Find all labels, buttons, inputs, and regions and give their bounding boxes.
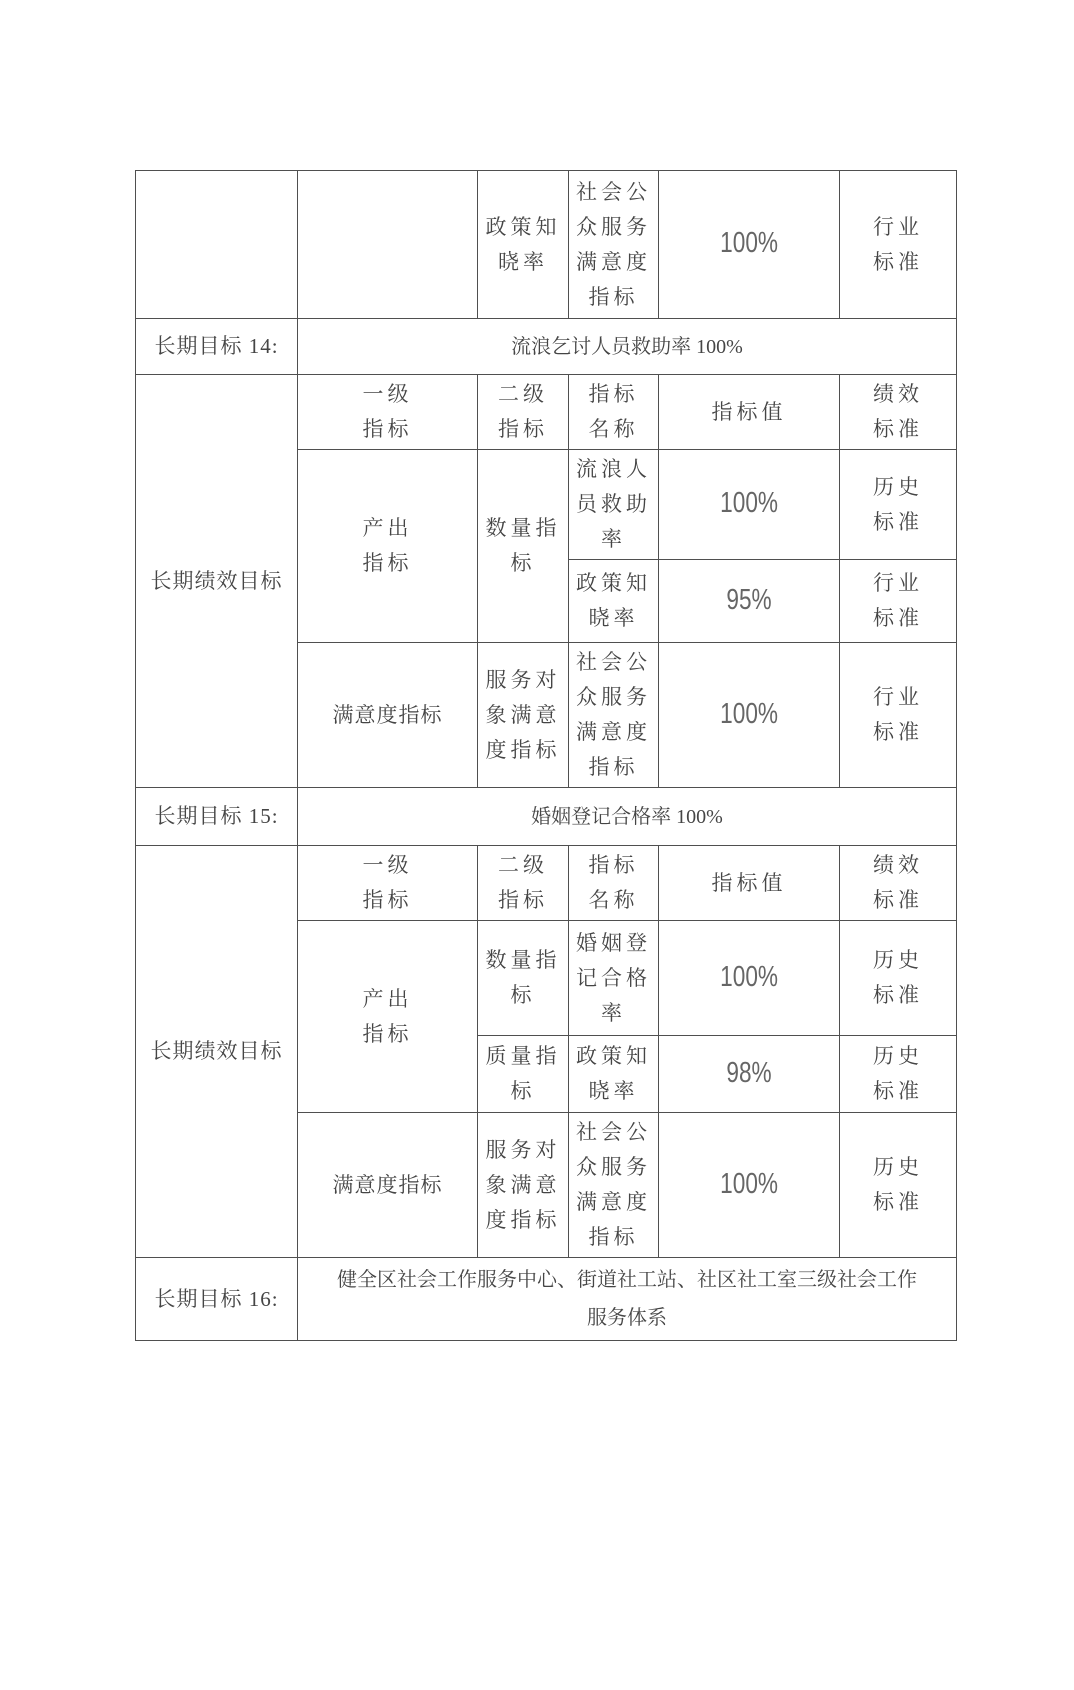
section-label-cell: 长期绩效目标 bbox=[136, 846, 298, 1258]
performance-indicators-table: 政策知 晓率 社会公 众服务 满意度 指标 100% 行业 标准 长期目标 14… bbox=[135, 170, 957, 1341]
primary-indicator-cell: 满意度指标 bbox=[298, 643, 478, 788]
goal-16-label-cell: 长期目标 16: bbox=[136, 1258, 298, 1341]
indicator-value-cell: 100% bbox=[659, 1113, 840, 1258]
performance-standard-cell: 历史 标准 bbox=[840, 921, 957, 1036]
goal-14-content-cell: 流浪乞讨人员救助率 100% bbox=[298, 319, 957, 375]
indicator-name-cell: 社会公 众服务 满意度 指标 bbox=[569, 1113, 659, 1258]
indicator-value: 100% bbox=[720, 486, 778, 521]
primary-indicator-cell: 满意度指标 bbox=[298, 1113, 478, 1258]
indicator-value-cell: 100% bbox=[659, 450, 840, 560]
goal-16-content-cell: 健全区社会工作服务中心、街道社工站、社区社工室三级社会工作 服务体系 bbox=[298, 1258, 957, 1341]
header-indicator-value: 指标值 bbox=[659, 375, 840, 450]
secondary-indicator-cell: 政策知 晓率 bbox=[478, 171, 569, 319]
secondary-indicator-cell: 质量指 标 bbox=[478, 1036, 569, 1113]
performance-standard-cell: 行业 标准 bbox=[840, 643, 957, 788]
indicator-name-cell: 社会公 众服务 满意度 指标 bbox=[569, 643, 659, 788]
secondary-indicator-cell: 服务对 象满意 度指标 bbox=[478, 643, 569, 788]
header-performance-standard: 绩效 标准 bbox=[840, 375, 957, 450]
indicator-value-cell: 98% bbox=[659, 1036, 840, 1113]
header-secondary-indicator: 二级 指标 bbox=[478, 846, 569, 921]
performance-standard-cell: 历史 标准 bbox=[840, 450, 957, 560]
secondary-indicator-cell: 服务对 象满意 度指标 bbox=[478, 1113, 569, 1258]
indicator-name-cell: 政策知 晓率 bbox=[569, 1036, 659, 1113]
header-indicator-name: 指标 名称 bbox=[569, 846, 659, 921]
performance-standard-cell: 历史 标准 bbox=[840, 1036, 957, 1113]
secondary-indicator-cell: 数量指 标 bbox=[478, 450, 569, 643]
indicator-name-cell: 流浪人 员救助 率 bbox=[569, 450, 659, 560]
primary-indicator-cell: 产出 指标 bbox=[298, 450, 478, 643]
indicator-name-cell: 婚姻登 记合格 率 bbox=[569, 921, 659, 1036]
header-secondary-indicator: 二级 指标 bbox=[478, 375, 569, 450]
indicator-value: 100% bbox=[720, 960, 778, 995]
header-primary-indicator: 一级 指标 bbox=[298, 375, 478, 450]
indicator-value: 100% bbox=[720, 697, 778, 732]
section-label-cell: 长期绩效目标 bbox=[136, 375, 298, 788]
header-indicator-value: 指标值 bbox=[659, 846, 840, 921]
header-indicator-name: 指标 名称 bbox=[569, 375, 659, 450]
header-performance-standard: 绩效 标准 bbox=[840, 846, 957, 921]
document-page: { "colors": { "background": "#ffffff", "… bbox=[0, 170, 1074, 1690]
performance-standard-cell: 行业 标准 bbox=[840, 560, 957, 643]
goal-14-label-cell: 长期目标 14: bbox=[136, 319, 298, 375]
performance-standard-cell: 行业 标准 bbox=[840, 171, 957, 319]
header-primary-indicator: 一级 指标 bbox=[298, 846, 478, 921]
indicator-value-cell: 95% bbox=[659, 560, 840, 643]
indicator-value-cell: 100% bbox=[659, 921, 840, 1036]
performance-standard-cell: 历史 标准 bbox=[840, 1113, 957, 1258]
goal-15-content-cell: 婚姻登记合格率 100% bbox=[298, 788, 957, 846]
indicator-value-cell: 100% bbox=[659, 643, 840, 788]
indicator-name-cell: 社会公 众服务 满意度 指标 bbox=[569, 171, 659, 319]
indicator-value: 100% bbox=[720, 226, 778, 261]
indicator-value: 100% bbox=[720, 1167, 778, 1202]
indicator-value: 98% bbox=[726, 1056, 771, 1091]
goal-15-label-cell: 长期目标 15: bbox=[136, 788, 298, 846]
empty-section-label-cell bbox=[136, 171, 298, 319]
indicator-value-cell: 100% bbox=[659, 171, 840, 319]
indicator-value: 95% bbox=[726, 583, 771, 618]
indicator-name-cell: 政策知 晓率 bbox=[569, 560, 659, 643]
secondary-indicator-cell: 数量指 标 bbox=[478, 921, 569, 1036]
primary-indicator-cell: 产出 指标 bbox=[298, 921, 478, 1113]
empty-primary-indicator-cell bbox=[298, 171, 478, 319]
